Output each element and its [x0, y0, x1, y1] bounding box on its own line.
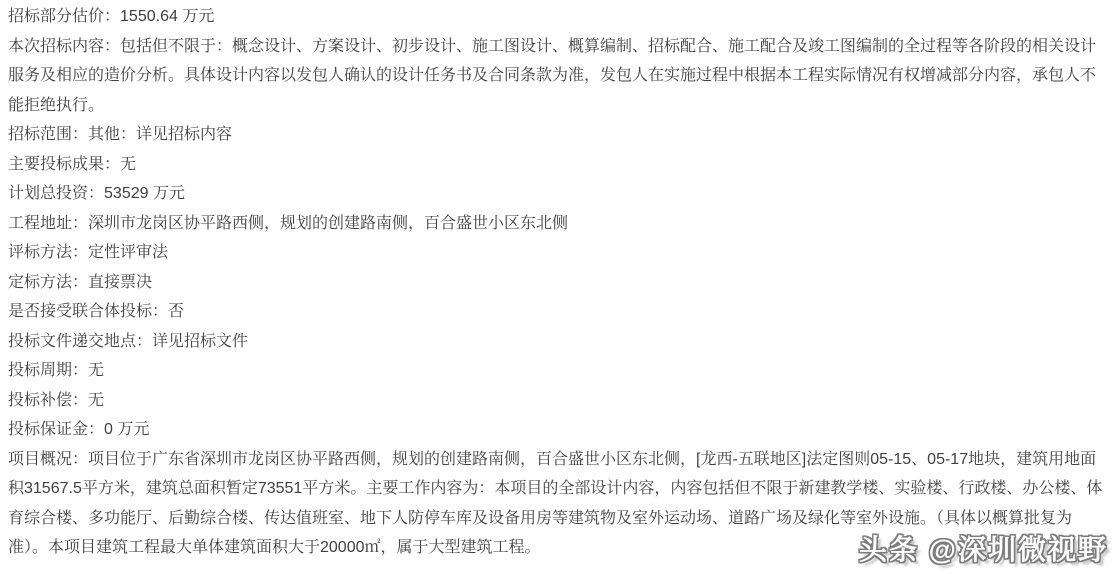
- field-row: 工程地址：深圳市龙岗区协平路西侧，规划的创建路南侧，百合盛世小区东北侧: [8, 209, 1104, 239]
- field-row: 投标周期：无: [8, 356, 1104, 386]
- field-separator: ：: [72, 392, 88, 409]
- field-row: 本次招标内容：包括但不限于：概念设计、方案设计、初步设计、施工图设计、概算编制、…: [8, 32, 1104, 121]
- field-row: 招标部分估价：1550.64 万元: [8, 2, 1104, 32]
- field-row: 投标补偿：无: [8, 386, 1104, 416]
- field-label: 评标方法: [8, 244, 72, 261]
- field-value: 直接票决: [88, 274, 152, 291]
- field-separator: ：: [136, 333, 152, 350]
- document-body: 招标部分估价：1550.64 万元 本次招标内容：包括但不限于：概念设计、方案设…: [0, 0, 1112, 563]
- field-value: 无: [88, 392, 104, 409]
- field-label: 投标文件递交地点: [8, 333, 136, 350]
- field-value: 53529 万元: [104, 185, 185, 202]
- field-label: 本次招标内容: [8, 38, 104, 55]
- field-separator: ：: [104, 156, 120, 173]
- field-separator: ：: [72, 274, 88, 291]
- field-row: 招标范围：其他：详见招标内容: [8, 120, 1104, 150]
- field-value: 0 万元: [104, 421, 149, 438]
- field-row: 计划总投资：53529 万元: [8, 179, 1104, 209]
- field-separator: ：: [104, 38, 120, 55]
- field-label: 投标补偿: [8, 392, 72, 409]
- field-separator: ：: [104, 8, 120, 25]
- field-row: 投标保证金：0 万元: [8, 415, 1104, 445]
- field-row: 主要投标成果：无: [8, 150, 1104, 180]
- field-row: 是否接受联合体投标：否: [8, 297, 1104, 327]
- field-separator: ：: [72, 244, 88, 261]
- field-separator: ：: [72, 451, 88, 468]
- field-label: 是否接受联合体投标: [8, 303, 152, 320]
- field-value: 无: [88, 362, 104, 379]
- field-label: 计划总投资: [8, 185, 88, 202]
- field-row: 评标方法：定性评审法: [8, 238, 1104, 268]
- field-value: 包括但不限于：概念设计、方案设计、初步设计、施工图设计、概算编制、招标配合、施工…: [8, 38, 1096, 114]
- field-label: 投标周期: [8, 362, 72, 379]
- field-value: 详见招标文件: [152, 333, 248, 350]
- field-row: 定标方法：直接票决: [8, 268, 1104, 298]
- field-separator: ：: [88, 185, 104, 202]
- field-separator: ：: [72, 126, 88, 143]
- field-value: 深圳市龙岗区协平路西侧，规划的创建路南侧，百合盛世小区东北侧: [88, 215, 568, 232]
- field-value: 1550.64 万元: [120, 8, 214, 25]
- field-separator: ：: [88, 421, 104, 438]
- field-row: 投标文件递交地点：详见招标文件: [8, 327, 1104, 357]
- field-label: 主要投标成果: [8, 156, 104, 173]
- field-label: 投标保证金: [8, 421, 88, 438]
- field-label: 定标方法: [8, 274, 72, 291]
- field-label: 工程地址: [8, 215, 72, 232]
- field-value: 定性评审法: [88, 244, 168, 261]
- field-label: 招标部分估价: [8, 8, 104, 25]
- field-value: 无: [120, 156, 136, 173]
- field-label: 招标范围: [8, 126, 72, 143]
- field-label: 项目概况: [8, 451, 72, 468]
- field-separator: ：: [72, 215, 88, 232]
- watermark: 头条 @深圳微视野: [859, 528, 1108, 568]
- field-value: 其他：详见招标内容: [88, 126, 232, 143]
- field-separator: ：: [72, 362, 88, 379]
- field-separator: ：: [152, 303, 168, 320]
- field-value: 否: [168, 303, 184, 320]
